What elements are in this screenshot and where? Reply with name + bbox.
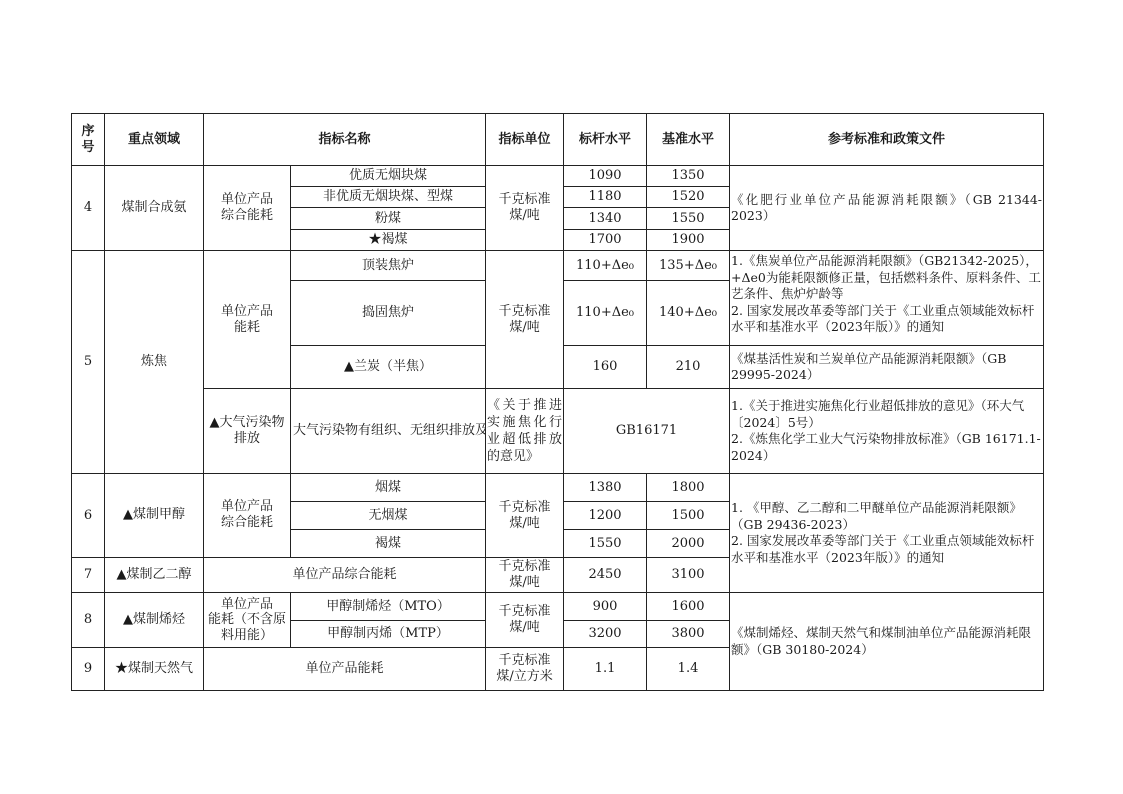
row-seq: 6 [72, 474, 105, 558]
indicator-name: 褐煤 [291, 530, 486, 558]
indicator-name: 甲醇制烯烃（MTO） [291, 593, 486, 621]
indicator-name: 优质无烟块煤 [291, 166, 486, 187]
indicator-unit: 千克标准 煤/立方米 [486, 648, 564, 691]
indicator-name: 捣固焦炉 [291, 281, 486, 346]
pollution-standard: GB16171 [564, 389, 730, 474]
pollution-indicator-name: 大气污染物有组织、无组织排放及清洁运输 [291, 389, 486, 474]
indicator-unit: 千克标准 煤/吨 [486, 251, 564, 389]
benchmark-value: 1340 [564, 208, 647, 230]
baseline-value: 3800 [647, 621, 730, 648]
reference-text: 《煤基活性炭和兰炭单位产品能源消耗限额》（GB 29995-2024） [730, 346, 1044, 389]
indicator-unit: 千克标准 煤/吨 [486, 474, 564, 558]
indicator-name: ▲兰炭（半焦） [291, 346, 486, 389]
baseline-value: 1600 [647, 593, 730, 621]
row-field: 煤制合成氨 [105, 166, 204, 251]
baseline-value: 1800 [647, 474, 730, 502]
row-field: ▲煤制甲醇 [105, 474, 204, 558]
indicator-unit: 千克标准 煤/吨 [486, 558, 564, 593]
header-baseline: 基准水平 [647, 114, 730, 166]
reference-text: 《煤制烯烃、煤制天然气和煤制油单位产品能源消耗限额》（GB 30180-2024… [730, 593, 1044, 691]
indicator-name: 无烟煤 [291, 502, 486, 530]
benchmark-value: 900 [564, 593, 647, 621]
table-row: 4 煤制合成氨 单位产品 综合能耗 优质无烟块煤 千克标准 煤/吨 1090 1… [72, 166, 1044, 187]
benchmark-value: 1180 [564, 187, 647, 208]
benchmark-value: 1090 [564, 166, 647, 187]
row-category: 单位产品 能耗（不含原 料用能） [204, 593, 291, 648]
reference-text: 1.《关于推进实施焦化行业超低排放的意见》（环大气〔2024〕5号） 2.《炼焦… [730, 389, 1044, 474]
header-indicator-name: 指标名称 [204, 114, 486, 166]
indicator-name: 单位产品能耗 [204, 648, 486, 691]
row-category: 单位产品 综合能耗 [204, 474, 291, 558]
benchmark-value: 1200 [564, 502, 647, 530]
row-field: ▲煤制乙二醇 [105, 558, 204, 593]
energy-efficiency-table: 序 号 重点领域 指标名称 指标单位 标杆水平 基准水平 参考标准和政策文件 4… [71, 113, 1044, 691]
benchmark-value: 1700 [564, 230, 647, 251]
baseline-value: 135+Δe₀ [647, 251, 730, 281]
header-field: 重点领域 [105, 114, 204, 166]
indicator-name: 粉煤 [291, 208, 486, 230]
header-row: 序 号 重点领域 指标名称 指标单位 标杆水平 基准水平 参考标准和政策文件 [72, 114, 1044, 166]
benchmark-value: 110+Δe₀ [564, 281, 647, 346]
indicator-unit: 千克标准 煤/吨 [486, 593, 564, 648]
row-field: ▲煤制烯烃 [105, 593, 204, 648]
row-seq: 4 [72, 166, 105, 251]
baseline-value: 1900 [647, 230, 730, 251]
benchmark-value: 2450 [564, 558, 647, 593]
indicator-name: 烟煤 [291, 474, 486, 502]
header-benchmark: 标杆水平 [564, 114, 647, 166]
row-field: 炼焦 [105, 251, 204, 474]
baseline-value: 1500 [647, 502, 730, 530]
row-seq: 5 [72, 251, 105, 474]
reference-text: 1. 《甲醇、乙二醇和二甲醚单位产品能源消耗限额》（GB 29436-2023）… [730, 474, 1044, 593]
header-seq: 序 号 [72, 114, 105, 166]
indicator-name: 单位产品综合能耗 [204, 558, 486, 593]
table-row: 8 ▲煤制烯烃 单位产品 能耗（不含原 料用能） 甲醇制烯烃（MTO） 千克标准… [72, 593, 1044, 621]
pollution-category: ▲大气污染物 排放 [204, 389, 291, 474]
row-seq: 7 [72, 558, 105, 593]
baseline-value: 210 [647, 346, 730, 389]
baseline-value: 140+Δe₀ [647, 281, 730, 346]
baseline-value: 2000 [647, 530, 730, 558]
pollution-unit: 《关于推进实施焦化行业超低排放的意见》 [486, 389, 564, 474]
benchmark-value: 1550 [564, 530, 647, 558]
row-category: 单位产品 综合能耗 [204, 166, 291, 251]
reference-text: 1.《焦炭单位产品能源消耗限额》（GB21342-2025），+Δe0为能耗限额… [730, 251, 1044, 346]
row-seq: 9 [72, 648, 105, 691]
baseline-value: 1.4 [647, 648, 730, 691]
row-seq: 8 [72, 593, 105, 648]
table-row: ▲大气污染物 排放 大气污染物有组织、无组织排放及清洁运输 《关于推进实施焦化行… [72, 389, 1044, 474]
table-row: 5 炼焦 单位产品 能耗 顶装焦炉 千克标准 煤/吨 110+Δe₀ 135+Δ… [72, 251, 1044, 281]
indicator-name: ★褐煤 [291, 230, 486, 251]
table-row: 6 ▲煤制甲醇 单位产品 综合能耗 烟煤 千克标准 煤/吨 1380 1800 … [72, 474, 1044, 502]
benchmark-value: 1380 [564, 474, 647, 502]
benchmark-value: 3200 [564, 621, 647, 648]
baseline-value: 1550 [647, 208, 730, 230]
benchmark-value: 110+Δe₀ [564, 251, 647, 281]
baseline-value: 1520 [647, 187, 730, 208]
baseline-value: 3100 [647, 558, 730, 593]
benchmark-value: 160 [564, 346, 647, 389]
indicator-unit: 千克标准 煤/吨 [486, 166, 564, 251]
row-category: 单位产品 能耗 [204, 251, 291, 389]
indicator-name: 甲醇制丙烯（MTP） [291, 621, 486, 648]
reference-text: 《化肥行业单位产品能源消耗限额》（GB 21344-2023） [730, 166, 1044, 251]
benchmark-value: 1.1 [564, 648, 647, 691]
header-reference: 参考标准和政策文件 [730, 114, 1044, 166]
indicator-name: 非优质无烟块煤、型煤 [291, 187, 486, 208]
header-unit: 指标单位 [486, 114, 564, 166]
baseline-value: 1350 [647, 166, 730, 187]
row-field: ★煤制天然气 [105, 648, 204, 691]
indicator-name: 顶装焦炉 [291, 251, 486, 281]
